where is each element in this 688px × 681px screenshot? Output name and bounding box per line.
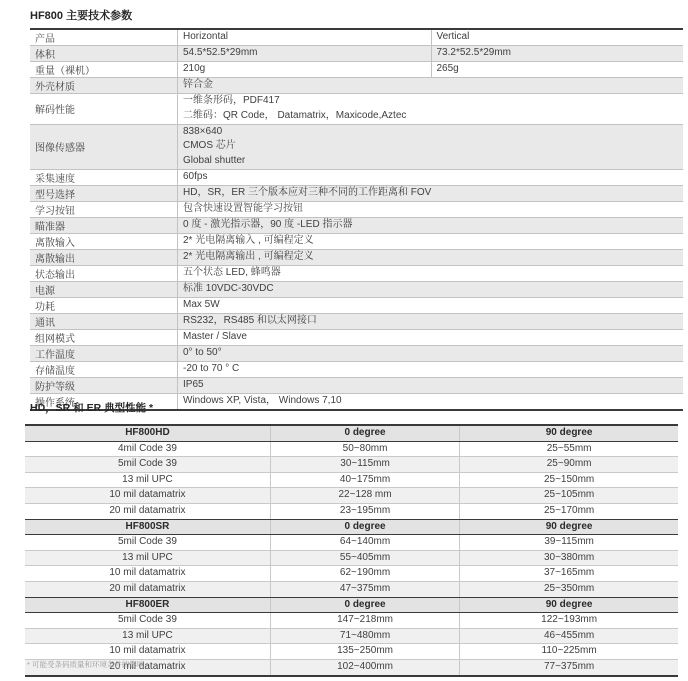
perf-code-type-cell: 5mil Code 39 — [25, 535, 270, 550]
spec-row-values: Windows XP, Vista， Windows 7,10 — [177, 394, 683, 409]
spec-row-label: 工作温度 — [30, 346, 177, 361]
perf-90deg-cell: 25~350mm — [459, 582, 678, 597]
spec-row-values: 锌合金 — [177, 78, 683, 93]
spec-row-label: 学习按钮 — [30, 202, 177, 217]
spec-value-line: 标准 10VDC-30VDC — [178, 282, 683, 297]
perf-0deg-cell: 62~190mm — [270, 566, 459, 581]
spec-row-label: 功耗 — [30, 298, 177, 313]
perf-0deg-cell: 40~175mm — [270, 473, 459, 488]
perf-0deg-cell: 147~218mm — [270, 613, 459, 628]
spec-row: 型号选择HD，SR，ER 三个版本应对三种不同的工作距离和 FOV — [30, 185, 683, 201]
perf-model-cell: HF800HD — [25, 426, 270, 441]
spec-value-cell: Vertical — [431, 30, 684, 45]
perf-col-header-90deg: 90 degree — [459, 426, 678, 441]
perf-code-type-cell: 13 mil UPC — [25, 551, 270, 566]
spec-row-values: 2* 光电隔离输入 , 可编程定义 — [177, 234, 683, 249]
spec-row-values: 包含快速设置智能学习按钮 — [177, 202, 683, 217]
footnote: * 可能受条码质量和环境条件的影响 — [27, 659, 145, 670]
spec-value-line: HD，SR，ER 三个版本应对三种不同的工作距离和 FOV — [178, 186, 683, 201]
spec-row-label: 瞄准器 — [30, 218, 177, 233]
spec-value-line: 0° to 50° — [178, 346, 683, 361]
spec-row-label: 通讯 — [30, 314, 177, 329]
perf-code-type-cell: 5mil Code 39 — [25, 613, 270, 628]
spec-row-values: HorizontalVertical — [177, 30, 683, 45]
spec-row-values: Max 5W — [177, 298, 683, 313]
spec-row: 工作温度0° to 50° — [30, 345, 683, 361]
spec-value-line: CMOS 芯片 — [178, 139, 683, 154]
spec-value-line: 2* 光电隔离输入 , 可编程定义 — [178, 234, 683, 249]
spec-value-line: Global shutter — [178, 154, 683, 169]
spec-row-label: 重量（裸机） — [30, 62, 177, 77]
spec-row-label: 存储温度 — [30, 362, 177, 377]
spec-row-values: 一维条形码，PDF417二维码：QR Code， Datamatrix，Maxi… — [177, 94, 683, 124]
spec-value-line: -20 to 70 ° C — [178, 362, 683, 377]
perf-data-row: 10 mil datamatrix62~190mm37~165mm — [25, 565, 678, 581]
spec-value-line: 锌合金 — [178, 78, 683, 93]
perf-code-type-cell: 10 mil datamatrix — [25, 488, 270, 503]
perf-0deg-cell: 64~140mm — [270, 535, 459, 550]
spec-row: 状态输出五个状态 LED, 蜂鸣器 — [30, 265, 683, 281]
perf-data-row: 4mil Code 3950~80mm25~55mm — [25, 442, 678, 457]
spec-row: 组网模式Master / Slave — [30, 329, 683, 345]
spec-row: 体积54.5*52.5*29mm73.2*52.5*29mm — [30, 45, 683, 61]
spec-row: 功耗Max 5W — [30, 297, 683, 313]
spec-row-values: 0 度 - 激光指示器，90 度 -LED 指示器 — [177, 218, 683, 233]
perf-90deg-cell: 25~90mm — [459, 457, 678, 472]
spec-row: 离散输入2* 光电隔离输入 , 可编程定义 — [30, 233, 683, 249]
perf-90deg-cell: 25~170mm — [459, 504, 678, 519]
spec-row: 采集速度60fps — [30, 169, 683, 185]
perf-data-row: 5mil Code 3930~115mm25~90mm — [25, 456, 678, 472]
perf-data-row: 10 mil datamatrix22~128 mm25~105mm — [25, 487, 678, 503]
spec-value-line: 一维条形码，PDF417 — [178, 94, 683, 109]
spec-row-label: 状态输出 — [30, 266, 177, 281]
spec-value-cell: 73.2*52.5*29mm — [431, 46, 684, 61]
perf-col-header-90deg: 90 degree — [459, 598, 678, 613]
perf-code-type-cell: 13 mil UPC — [25, 629, 270, 644]
spec-row: 存储温度-20 to 70 ° C — [30, 361, 683, 377]
spec-row-values: 五个状态 LED, 蜂鸣器 — [177, 266, 683, 281]
spec-value-line: 60fps — [178, 170, 683, 185]
perf-section-header-row: HF800HD0 degree90 degree — [25, 424, 678, 442]
spec-row-label: 型号选择 — [30, 186, 177, 201]
perf-0deg-cell: 30~115mm — [270, 457, 459, 472]
perf-data-row: 13 mil UPC55~405mm30~380mm — [25, 550, 678, 566]
spec-value-cell: 265g — [431, 62, 684, 77]
perf-data-row: 13 mil UPC40~175mm25~150mm — [25, 472, 678, 488]
spec-row-label: 组网模式 — [30, 330, 177, 345]
perf-0deg-cell: 135~250mm — [270, 644, 459, 659]
spec-row-values: 60fps — [177, 170, 683, 185]
spec-value-line: 0 度 - 激光指示器，90 度 -LED 指示器 — [178, 218, 683, 233]
perf-section-header-row: HF800SR0 degree90 degree — [25, 519, 678, 536]
page-title: HF800 主要技术参数 — [30, 7, 132, 23]
perf-code-type-cell: 5mil Code 39 — [25, 457, 270, 472]
spec-row-values: 0° to 50° — [177, 346, 683, 361]
spec-row-values: 标准 10VDC-30VDC — [177, 282, 683, 297]
perf-90deg-cell: 25~55mm — [459, 442, 678, 457]
perf-col-header-0deg: 0 degree — [270, 426, 459, 441]
perf-0deg-cell: 47~375mm — [270, 582, 459, 597]
spec-value-line: 838×640 — [178, 125, 683, 140]
perf-90deg-cell: 25~105mm — [459, 488, 678, 503]
spec-row: 外壳材质锌合金 — [30, 77, 683, 93]
perf-0deg-cell: 102~400mm — [270, 660, 459, 675]
spec-value-line: 包含快速设置智能学习按钮 — [178, 202, 683, 217]
perf-code-type-cell: 13 mil UPC — [25, 473, 270, 488]
perf-90deg-cell: 25~150mm — [459, 473, 678, 488]
perf-0deg-cell: 55~405mm — [270, 551, 459, 566]
perf-90deg-cell: 39~115mm — [459, 535, 678, 550]
performance-section-title: HD，SR 和 ER 典型性能 * — [30, 400, 153, 415]
perf-0deg-cell: 23~195mm — [270, 504, 459, 519]
spec-row-label: 产品 — [30, 30, 177, 45]
perf-code-type-cell: 10 mil datamatrix — [25, 566, 270, 581]
spec-row-label: 解码性能 — [30, 94, 177, 124]
spec-value-line: 2* 光电隔离输出 , 可编程定义 — [178, 250, 683, 265]
perf-model-cell: HF800ER — [25, 598, 270, 613]
spec-row: 电源标准 10VDC-30VDC — [30, 281, 683, 297]
spec-row-values: HD，SR，ER 三个版本应对三种不同的工作距离和 FOV — [177, 186, 683, 201]
spec-value-line: 二维码：QR Code， Datamatrix，Maxicode,Aztec — [178, 109, 683, 124]
spec-row: 解码性能一维条形码，PDF417二维码：QR Code， Datamatrix，… — [30, 93, 683, 124]
spec-row-values: 2* 光电隔离输出 , 可编程定义 — [177, 250, 683, 265]
perf-0deg-cell: 71~480mm — [270, 629, 459, 644]
perf-code-type-cell: 4mil Code 39 — [25, 442, 270, 457]
spec-row-label: 防护等级 — [30, 378, 177, 393]
perf-code-type-cell: 10 mil datamatrix — [25, 644, 270, 659]
perf-data-row: 13 mil UPC71~480mm46~455mm — [25, 628, 678, 644]
perf-90deg-cell: 110~225mm — [459, 644, 678, 659]
spec-row-label: 图像传感器 — [30, 125, 177, 169]
perf-code-type-cell: 20 mil datamatrix — [25, 582, 270, 597]
perf-90deg-cell: 30~380mm — [459, 551, 678, 566]
spec-row: 通讯RS232，RS485 和以太网接口 — [30, 313, 683, 329]
spec-row-label: 外壳材质 — [30, 78, 177, 93]
spec-row-values: -20 to 70 ° C — [177, 362, 683, 377]
spec-row-label: 电源 — [30, 282, 177, 297]
spec-row: 图像传感器838×640CMOS 芯片Global shutter — [30, 124, 683, 169]
spec-value-cell: 210g — [178, 62, 431, 77]
spec-row-label: 体积 — [30, 46, 177, 61]
spec-value-line: Windows XP, Vista， Windows 7,10 — [178, 394, 683, 409]
spec-row-values: 54.5*52.5*29mm73.2*52.5*29mm — [177, 46, 683, 61]
spec-table: 产品HorizontalVertical体积54.5*52.5*29mm73.2… — [30, 28, 683, 411]
spec-value-line: 五个状态 LED, 蜂鸣器 — [178, 266, 683, 281]
perf-90deg-cell: 77~375mm — [459, 660, 678, 675]
perf-90deg-cell: 122~193mm — [459, 613, 678, 628]
spec-row-values: Master / Slave — [177, 330, 683, 345]
perf-0deg-cell: 22~128 mm — [270, 488, 459, 503]
spec-row-label: 离散输入 — [30, 234, 177, 249]
perf-model-cell: HF800SR — [25, 520, 270, 535]
perf-code-type-cell: 20 mil datamatrix — [25, 504, 270, 519]
perf-0deg-cell: 50~80mm — [270, 442, 459, 457]
spec-row-values: RS232，RS485 和以太网接口 — [177, 314, 683, 329]
spec-row-label: 离散输出 — [30, 250, 177, 265]
spec-row-values: IP65 — [177, 378, 683, 393]
spec-value-line: Max 5W — [178, 298, 683, 313]
perf-data-row: 10 mil datamatrix135~250mm110~225mm — [25, 643, 678, 659]
perf-col-header-0deg: 0 degree — [270, 520, 459, 535]
spec-row: 重量（裸机）210g265g — [30, 61, 683, 77]
spec-row: 防护等级IP65 — [30, 377, 683, 393]
spec-value-line: Master / Slave — [178, 330, 683, 345]
spec-row-values: 838×640CMOS 芯片Global shutter — [177, 125, 683, 169]
spec-value-cell: 54.5*52.5*29mm — [178, 46, 431, 61]
spec-value-line: IP65 — [178, 378, 683, 393]
performance-table: HF800HD0 degree90 degree4mil Code 3950~8… — [25, 424, 678, 677]
spec-row: 离散输出2* 光电隔离输出 , 可编程定义 — [30, 249, 683, 265]
spec-value-line: RS232，RS485 和以太网接口 — [178, 314, 683, 329]
perf-data-row: 5mil Code 3964~140mm39~115mm — [25, 535, 678, 550]
perf-section-header-row: HF800ER0 degree90 degree — [25, 597, 678, 614]
perf-data-row: 20 mil datamatrix47~375mm25~350mm — [25, 581, 678, 597]
perf-90deg-cell: 46~455mm — [459, 629, 678, 644]
perf-data-row: 20 mil datamatrix23~195mm25~170mm — [25, 503, 678, 519]
spec-row: 学习按钮包含快速设置智能学习按钮 — [30, 201, 683, 217]
spec-row-values: 210g265g — [177, 62, 683, 77]
perf-col-header-90deg: 90 degree — [459, 520, 678, 535]
spec-row: 产品HorizontalVertical — [30, 30, 683, 45]
spec-row: 瞄准器0 度 - 激光指示器，90 度 -LED 指示器 — [30, 217, 683, 233]
datasheet-page: HF800 主要技术参数 产品HorizontalVertical体积54.5*… — [0, 0, 688, 681]
perf-data-row: 5mil Code 39147~218mm122~193mm — [25, 613, 678, 628]
spec-row-label: 采集速度 — [30, 170, 177, 185]
perf-col-header-0deg: 0 degree — [270, 598, 459, 613]
perf-90deg-cell: 37~165mm — [459, 566, 678, 581]
spec-value-cell: Horizontal — [178, 30, 431, 45]
